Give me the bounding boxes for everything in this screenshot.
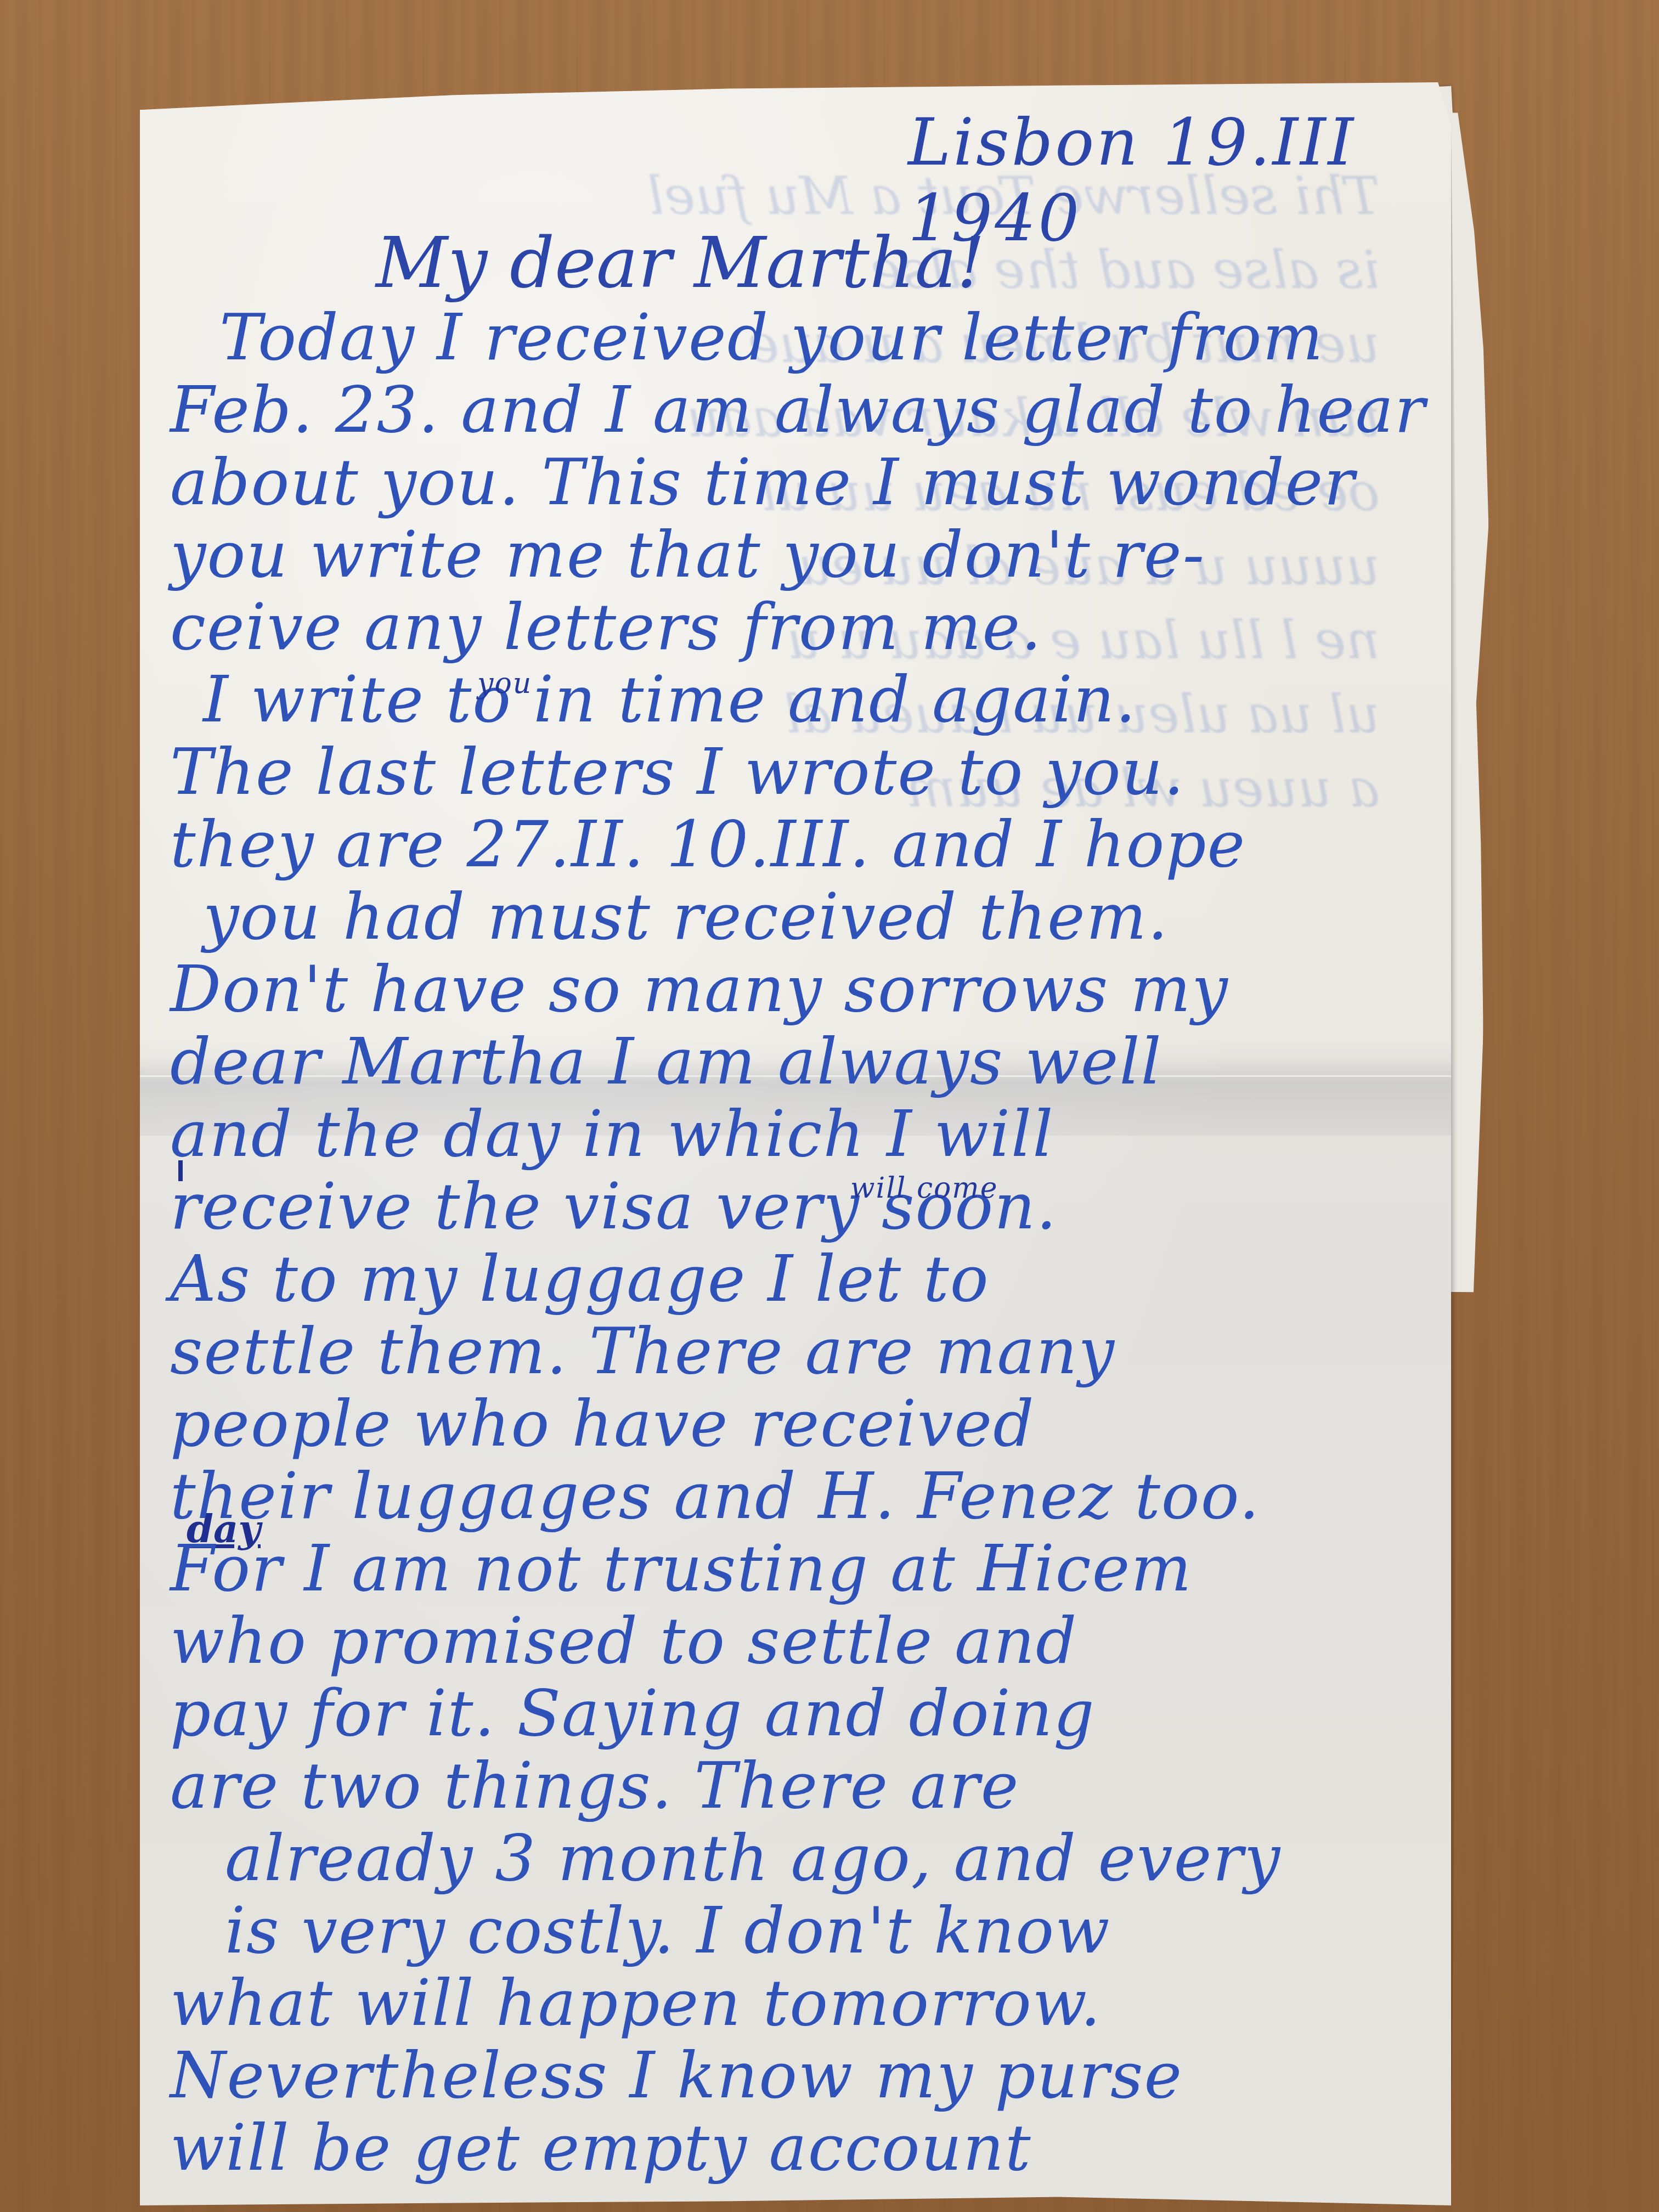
letter-line: Feb. 23. and I am always glad to hear [170,374,1421,447]
letter-line: and the day in which I will [170,1098,1421,1171]
letter-line-with-insert: will come receive the visa very soon. [170,1171,1421,1243]
letter-line: settle them. There are many [170,1316,1421,1388]
letter-line: already 3 month ago, and every [170,1822,1421,1895]
letter-line: people who have received [170,1388,1421,1460]
letter-line: will be get empty account [170,2112,1421,2185]
dateline: Lisbon 19.III 1940 [908,104,1451,256]
letter-line: pay for it. Saying and doing [170,1678,1421,1750]
letter-line-text: I write to in time and again. [203,663,1137,737]
letter-line: dear Martha I am always well [170,1026,1421,1098]
letter-line: The last letters I wrote to you. [170,736,1421,809]
letter-line: about you. This time I must wonder [170,447,1421,519]
letter-line: their luggages and H. Fenez too. [170,1460,1421,1533]
letter-line: you write me that you don't re- [170,519,1421,591]
letter-line: For I am not trusting at Hicem [170,1533,1421,1605]
letter-line: what will happen tomorrow. [170,1967,1421,2040]
letter-line: you had must received them. [170,881,1421,953]
letter-line: is very costly. I don't know [170,1895,1421,1967]
letter-line-with-insert: you I write to in time and again. [170,664,1421,736]
letter-line: ceive any letters from me. [170,591,1421,664]
letter-body: Today I received your letter from Feb. 2… [170,302,1421,2185]
letter-line: Nevertheless I know my purse [170,2040,1421,2112]
inserted-phrase: will come [850,1152,998,1224]
salutation: My dear Martha! [376,222,985,304]
inserted-word: you [477,647,532,720]
letter-line: they are 27.II. 10.III. and I hope [170,809,1421,881]
letter-line: are two things. There are [170,1750,1421,1822]
letter-line: Today I received your letter from [170,302,1421,374]
letter-line: As to my luggage I let to [170,1243,1421,1316]
letter-line: Don't have so many sorrows my [170,953,1421,1026]
letter-page: Thi sellerwe Tout a Mu fuel is alse aud … [140,82,1451,2205]
letter-line: who promised to settle and [170,1605,1421,1678]
